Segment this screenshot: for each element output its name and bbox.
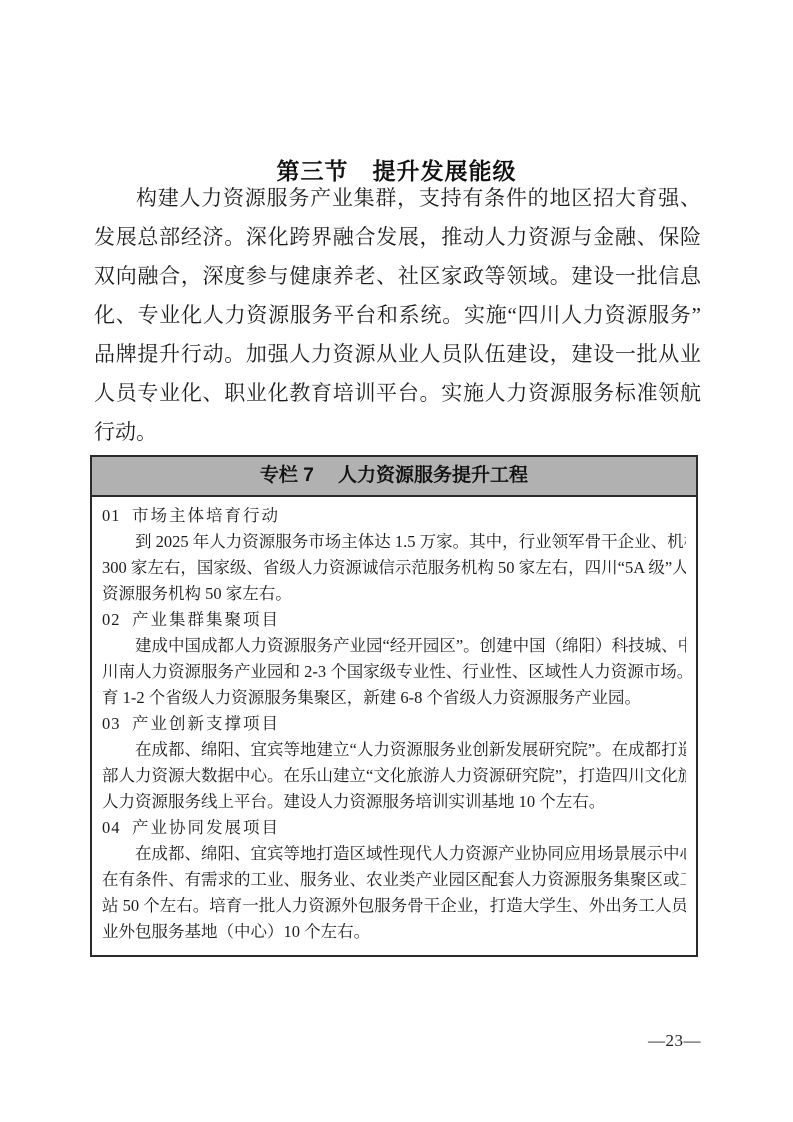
paragraph-line: 化、专业化人力资源服务平台和系统。实施“四川人力资源服务” — [94, 296, 701, 335]
paragraph-line: 人员专业化、职业化教育培训平台。实施人力资源服务标准领航 — [94, 374, 701, 413]
item-heading: 03产业创新支撑项目 — [102, 711, 686, 737]
paragraph-line: 双向融合，深度参与健康养老、社区家政等领域。建设一批信息 — [94, 257, 701, 296]
item-heading-text: 产业集群集聚项目 — [132, 610, 280, 629]
panel-item: 02产业集群集聚项目 建成中国成都人力资源服务产业园“经开园区”。创建中国（绵阳… — [102, 607, 686, 711]
item-body-line: 在有条件、有需求的工业、服务业、农业类产业园区配套人力资源服务集聚区或工作 — [102, 867, 686, 893]
item-body-line: 部人力资源大数据中心。在乐山建立“文化旅游人力资源研究院”，打造四川文化旅游 — [102, 763, 686, 789]
item-heading: 02产业集群集聚项目 — [102, 607, 686, 633]
item-body-line: 育 1-2 个省级人力资源服务集聚区，新建 6-8 个省级人力资源服务产业园。 — [102, 685, 686, 711]
panel-item: 03产业创新支撑项目 在成都、绵阳、宜宾等地建立“人力资源服务业创新发展研究院”… — [102, 711, 686, 815]
paragraph-line: 发展总部经济。深化跨界融合发展，推动人力资源与金融、保险 — [94, 218, 701, 257]
item-heading-text: 产业协同发展项目 — [132, 818, 280, 837]
item-heading-text: 产业创新支撑项目 — [132, 714, 280, 733]
item-body-line: 川南人力资源服务产业园和 2-3 个国家级专业性、行业性、区域性人力资源市场。培 — [102, 659, 686, 685]
item-number: 01 — [102, 503, 132, 529]
panel-item: 01市场主体培育行动 到 2025 年人力资源服务市场主体达 1.5 万家。其中… — [102, 503, 686, 607]
item-body-line: 300 家左右，国家级、省级人力资源诚信示范服务机构 50 家左右，四川“5A … — [102, 555, 686, 581]
item-body-line: 业外包服务基地（中心）10 个左右。 — [102, 919, 686, 945]
page-number: —23— — [648, 1031, 701, 1051]
item-heading-text: 市场主体培育行动 — [132, 506, 280, 525]
paragraph-line: 行动。 — [94, 413, 701, 452]
item-body-line: 在成都、绵阳、宜宾等地建立“人力资源服务业创新发展研究院”。在成都打造西 — [102, 737, 686, 763]
item-number: 04 — [102, 815, 132, 841]
document-page: 第三节 提升发展能级 构建人力资源服务产业集群，支持有条件的地区招大育强、 发展… — [0, 0, 793, 1122]
feature-panel: 专栏 7 人力资源服务提升工程 01市场主体培育行动 到 2025 年人力资源服… — [90, 455, 698, 957]
panel-title: 专栏 7 人力资源服务提升工程 — [92, 457, 696, 497]
item-number: 02 — [102, 607, 132, 633]
paragraph-line: 品牌提升行动。加强人力资源从业人员队伍建设，建设一批从业 — [94, 335, 701, 374]
item-heading: 01市场主体培育行动 — [102, 503, 686, 529]
panel-item: 04产业协同发展项目 在成都、绵阳、宜宾等地打造区域性现代人力资源产业协同应用场… — [102, 815, 686, 945]
paragraph-line: 构建人力资源服务产业集群，支持有条件的地区招大育强、 — [94, 179, 701, 218]
item-number: 03 — [102, 711, 132, 737]
item-body-line: 建成中国成都人力资源服务产业园“经开园区”。创建中国（绵阳）科技城、中国 — [102, 633, 686, 659]
item-body-line: 人力资源服务线上平台。建设人力资源服务培训实训基地 10 个左右。 — [102, 789, 686, 815]
item-body-line: 在成都、绵阳、宜宾等地打造区域性现代人力资源产业协同应用场景展示中心。 — [102, 841, 686, 867]
panel-body: 01市场主体培育行动 到 2025 年人力资源服务市场主体达 1.5 万家。其中… — [92, 497, 696, 955]
item-body-line: 到 2025 年人力资源服务市场主体达 1.5 万家。其中，行业领军骨干企业、机… — [102, 529, 686, 555]
item-heading: 04产业协同发展项目 — [102, 815, 686, 841]
body-paragraph: 构建人力资源服务产业集群，支持有条件的地区招大育强、 发展总部经济。深化跨界融合… — [94, 179, 701, 452]
item-body-line: 站 50 个左右。培育一批人力资源外包服务骨干企业，打造大学生、外出务工人员就 — [102, 893, 686, 919]
item-body-line: 资源服务机构 50 家左右。 — [102, 581, 686, 607]
